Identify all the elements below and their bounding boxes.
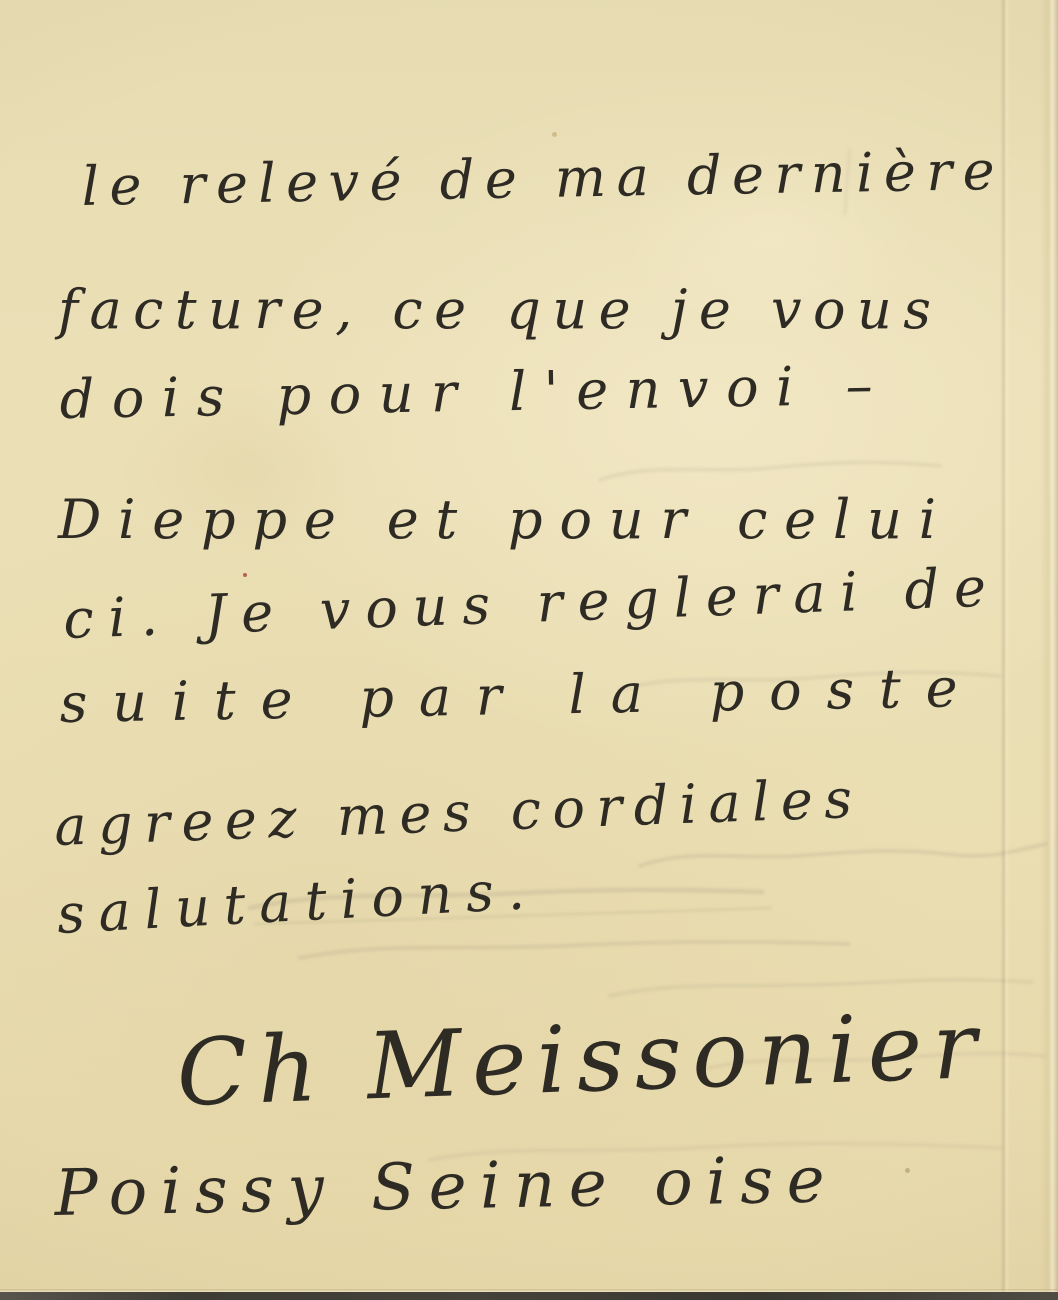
page-bottom-edge — [0, 1292, 1058, 1300]
letter-line-5: ci. Je vous reglerai de — [62, 556, 989, 651]
letter-page: le relevé de ma dernière facture, ce que… — [0, 0, 1058, 1300]
page-right-edge — [1040, 0, 1058, 1300]
letter-line-6: suite par la poste — [59, 656, 960, 735]
letter-line-1: le relevé de ma dernière — [81, 139, 997, 218]
letter-line-4: Dieppe et pour celui — [57, 488, 938, 551]
fold-crease — [1000, 0, 1010, 1300]
letter-line-2: facture, ce que je vous — [54, 278, 933, 341]
letter-line-3: dois pour l'envoi – — [59, 354, 875, 431]
letter-line-8: salutations. — [55, 858, 528, 946]
address-line: Poissy Seine oise — [53, 1144, 825, 1231]
handwriting-layer: le relevé de ma dernière facture, ce que… — [0, 0, 1058, 1300]
letter-line-7: agreez mes cordiales — [53, 767, 855, 858]
